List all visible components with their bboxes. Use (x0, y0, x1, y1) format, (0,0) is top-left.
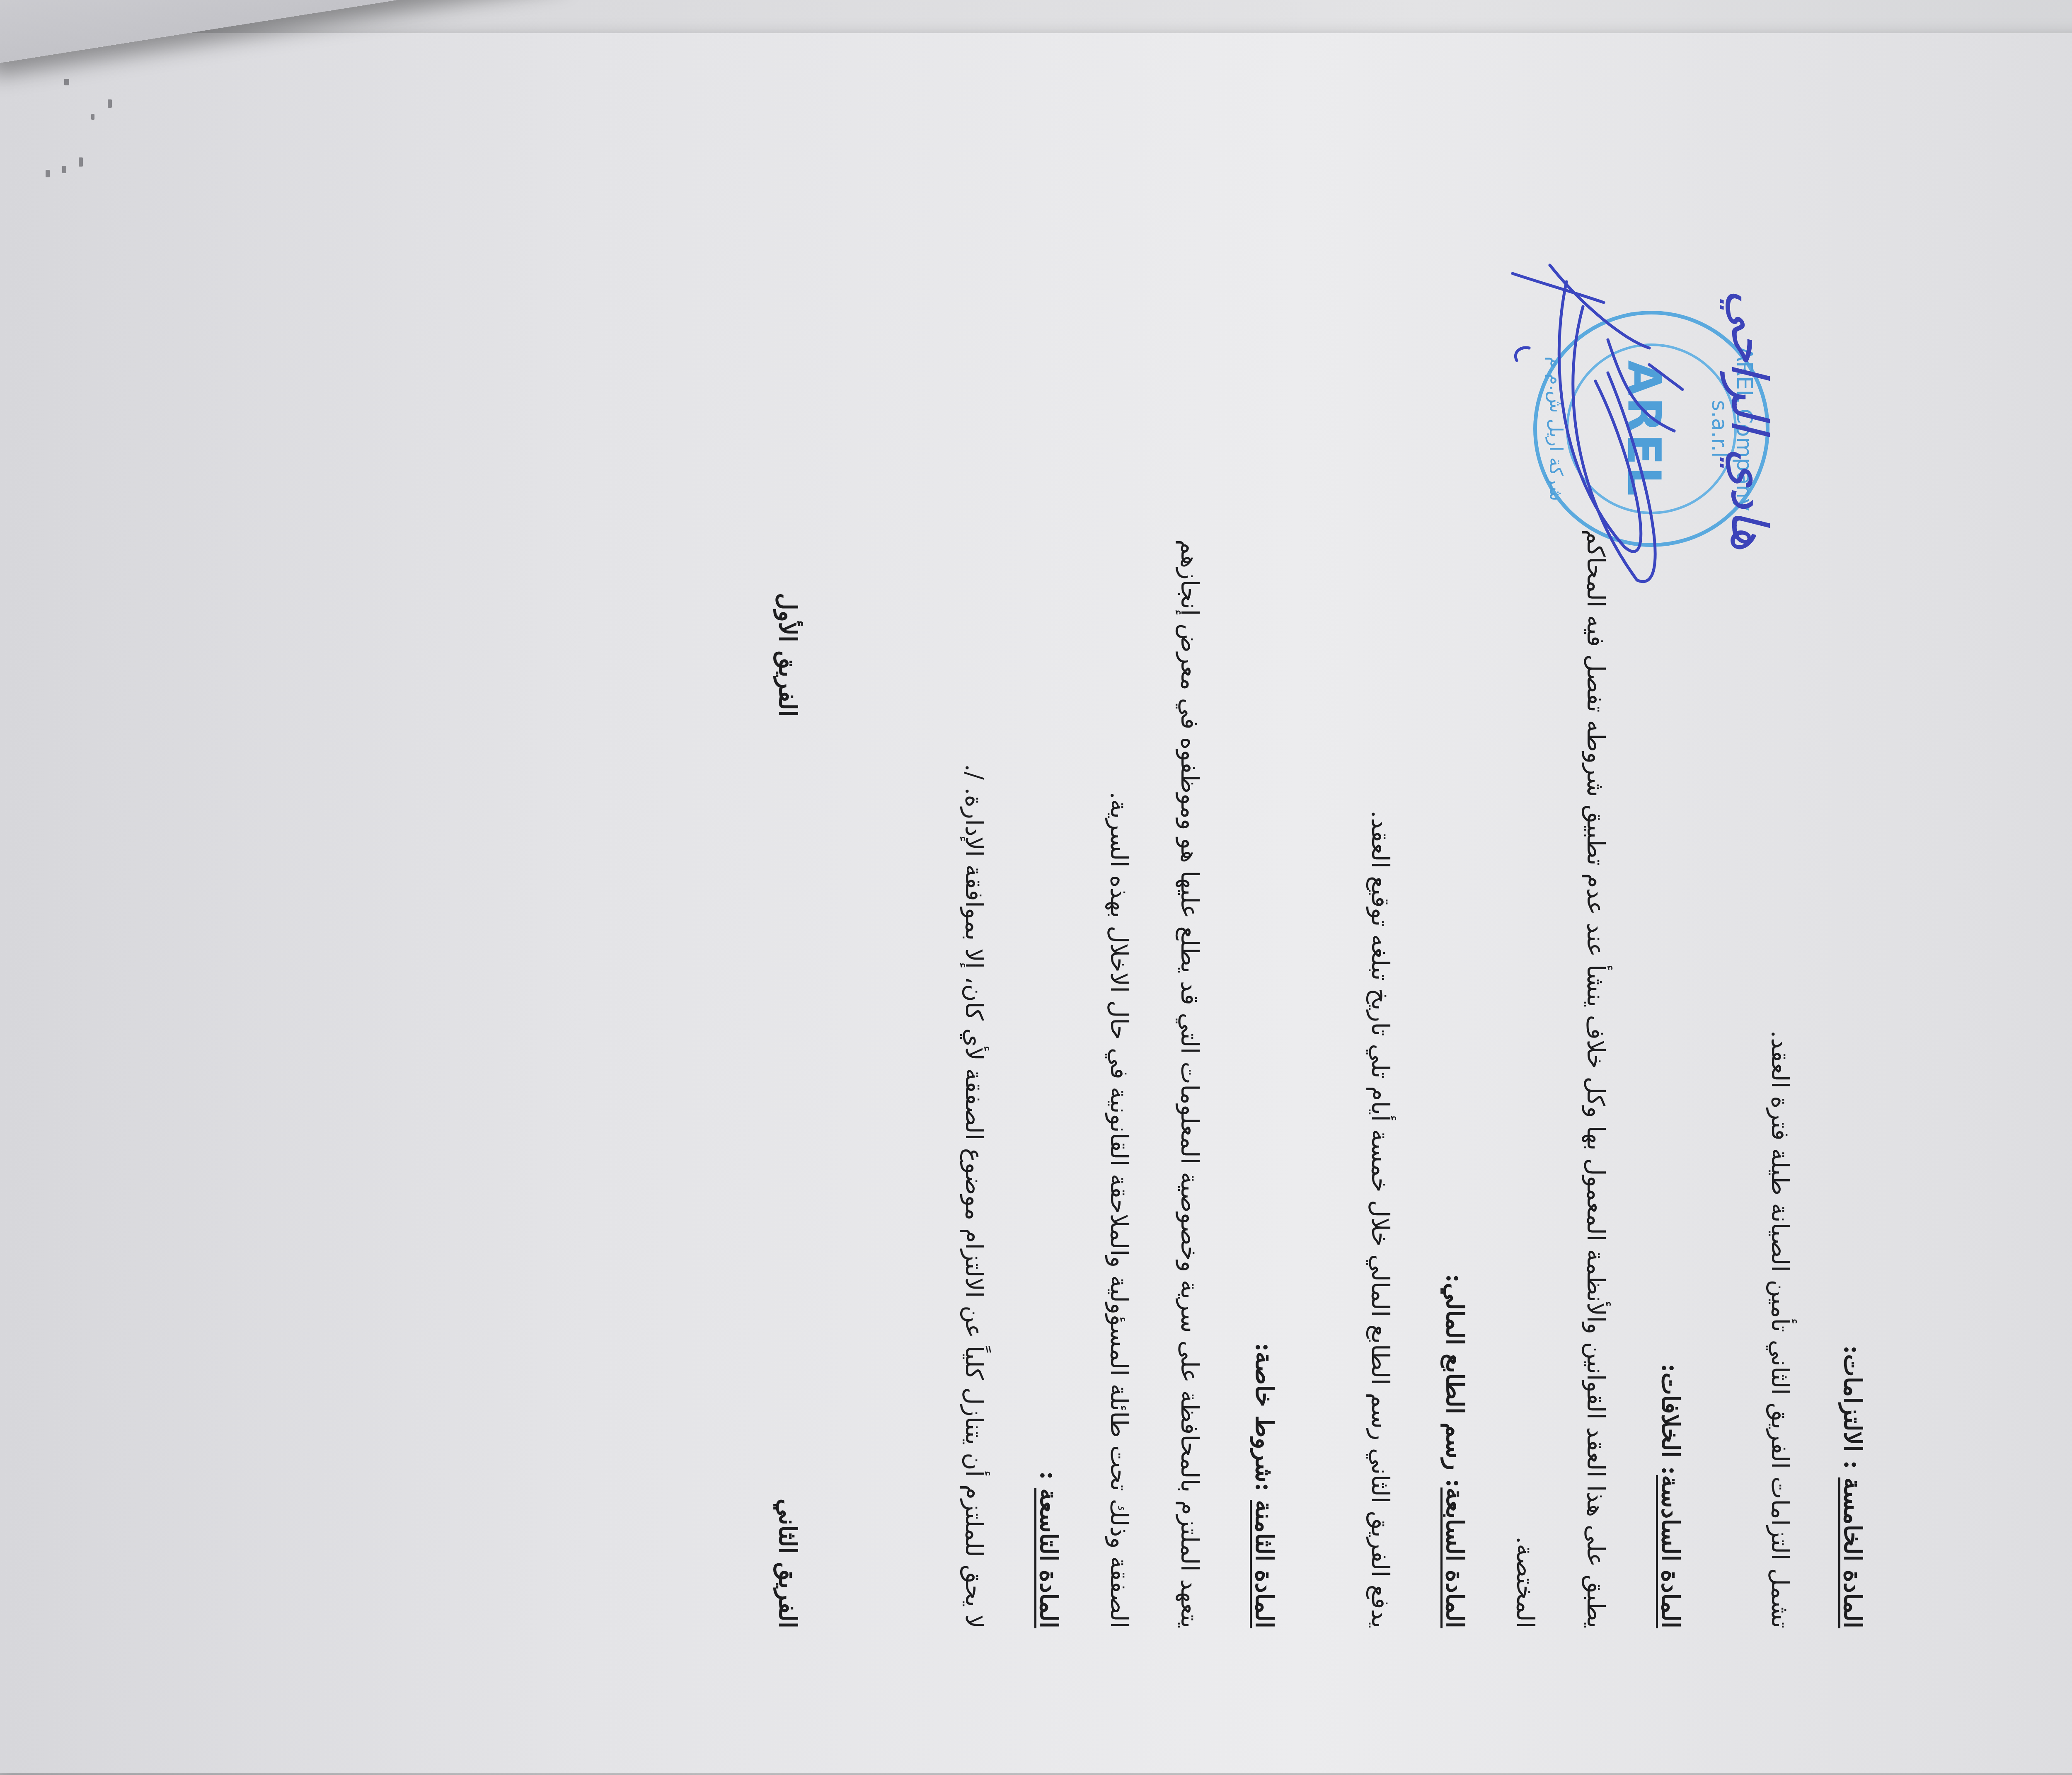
article-9-heading: المادة التاسعة : (1037, 1471, 1061, 1628)
first-party-label: الفريق الأول (776, 593, 800, 717)
article-6-body-line-1: يطبق على هذا العقد القوانين والأنظمة الم… (1584, 530, 1608, 1628)
article-5-body: تشمل التزامات الفريق الثاني تأمين الصيان… (1768, 1030, 1792, 1628)
article-heading: المادة الثامنة (1250, 1500, 1278, 1628)
article-title: :شروط خاصة: (1250, 1343, 1278, 1500)
article-7-heading: المادة السابعة: رسم الطابع المالي: (1443, 1274, 1467, 1628)
article-heading: المادة السابعة (1441, 1487, 1469, 1628)
article-5-heading: المادة الخامسة : الالتزامات: (1841, 1345, 1865, 1628)
article-6-heading: المادة السادسة: الخلافات: (1658, 1364, 1682, 1628)
article-6-body-line-2: المختصة. (1513, 1536, 1537, 1628)
punch-mark (91, 114, 94, 120)
article-7-body: يدفع الفريق الثاني رسم الطابع المالي خلا… (1368, 810, 1392, 1628)
punch-mark (46, 170, 50, 177)
article-9-body: لا يحق للملتزم أن يتنازل كلياً عن الالتز… (962, 764, 986, 1628)
article-heading: المادة الخامسة (1839, 1478, 1867, 1628)
article-heading: المادة التاسعة (1035, 1488, 1063, 1628)
punch-mark (62, 166, 66, 173)
punch-mark (108, 99, 112, 108)
article-title: : الخلافات: (1656, 1364, 1685, 1475)
article-title: : الالتزامات: (1839, 1345, 1867, 1478)
article-8-body-line-1: يتعهد الملتزم بالمحافظة على سرية وخصوصية… (1178, 539, 1202, 1628)
punch-mark (64, 79, 69, 85)
article-title: : (1035, 1471, 1063, 1488)
article-heading: المادة السادسة (1656, 1475, 1685, 1628)
second-party-label: الفريق الثاني (776, 1499, 800, 1628)
handwritten-name: هادي الراحي (1720, 290, 1778, 551)
article-8-body-line-2: الصفقة وذلك تحت طائلة المسؤولية والملاحق… (1107, 792, 1131, 1628)
article-title: : رسم الطابع المالي: (1441, 1274, 1469, 1488)
article-8-heading: المادة الثامنة :شروط خاصة: (1252, 1343, 1276, 1628)
punch-mark (79, 157, 83, 167)
